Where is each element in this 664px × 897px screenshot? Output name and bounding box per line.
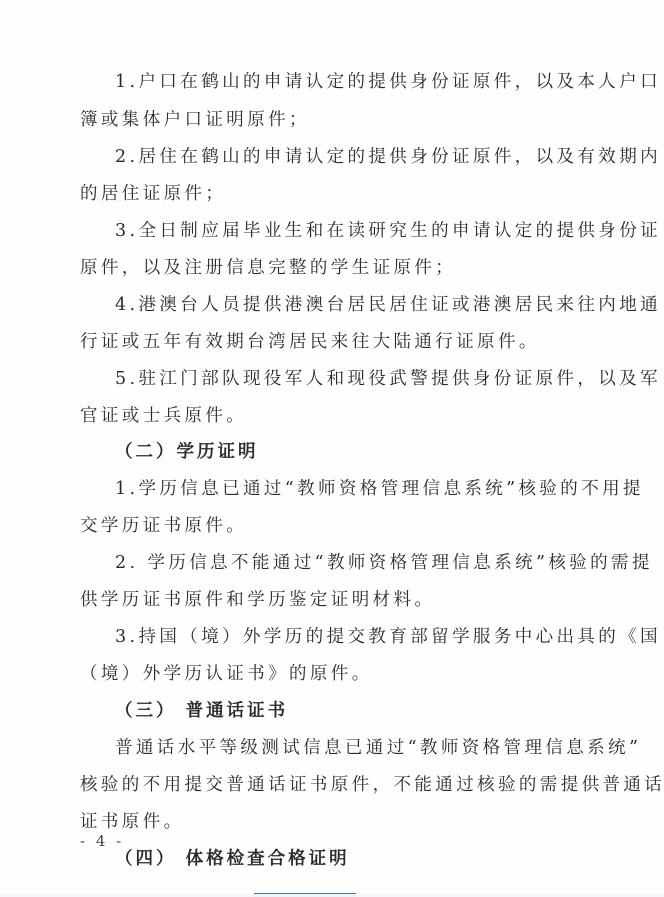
paragraph-line: 簿或集体户口证明原件； — [80, 109, 592, 131]
paragraph-line: 原件，以及注册信息完整的学生证原件； — [80, 257, 592, 279]
paragraph-line: 2. 学历信息不能通过“教师资格管理信息系统”核验的需提 — [115, 552, 627, 574]
paragraph-line: 交学历证书原件。 — [80, 515, 592, 537]
paragraph-line: 5.驻江门部队现役军人和现役武警提供身份证原件，以及军 — [115, 368, 627, 390]
paragraph-line: 官证或士兵原件。 — [80, 405, 592, 427]
document-page: 1.户口在鹤山的申请认定的提供身份证原件，以及本人户口簿或集体户口证明原件；2.… — [0, 0, 664, 897]
paragraph-line: 4.港澳台人员提供港澳台居民居住证或港澳居民来往内地通 — [115, 294, 627, 316]
paragraph-line: 供学历证书原件和学历鉴定证明材料。 — [80, 589, 592, 611]
section-heading: （四） 体格检查合格证明 — [115, 848, 627, 870]
paragraph-line: 核验的不用提交普通话证书原件，不能通过核验的需提供普通话 — [80, 774, 592, 796]
section-heading: （二）学历证明 — [115, 441, 627, 463]
paragraph-line: 行证或五年有效期台湾居民来往大陆通行证原件。 — [80, 331, 592, 353]
paragraph-line: （境）外学历认证书》的原件。 — [80, 663, 592, 685]
paragraph-line: 的居住证原件； — [80, 183, 592, 205]
paragraph-line: 2.居住在鹤山的申请认定的提供身份证原件，以及有效期内 — [115, 146, 627, 168]
page-number: - 4 - — [80, 832, 124, 850]
paragraph-line: 证书原件。 — [80, 811, 592, 833]
paragraph-line: 3.持国（境）外学历的提交教育部留学服务中心出具的《国 — [115, 626, 627, 648]
paragraph-line: 3.全日制应届毕业生和在读研究生的申请认定的提供身份证 — [115, 220, 627, 242]
section-heading: （三） 普通话证书 — [115, 700, 627, 722]
paragraph-line: 普通话水平等级测试信息已通过“教师资格管理信息系统” — [115, 737, 627, 759]
bottom-tab[interactable] — [254, 893, 356, 897]
paragraph-line: 1.户口在鹤山的申请认定的提供身份证原件，以及本人户口 — [115, 71, 627, 93]
paragraph-line: 1.学历信息已通过“教师资格管理信息系统”核验的不用提 — [115, 478, 627, 500]
